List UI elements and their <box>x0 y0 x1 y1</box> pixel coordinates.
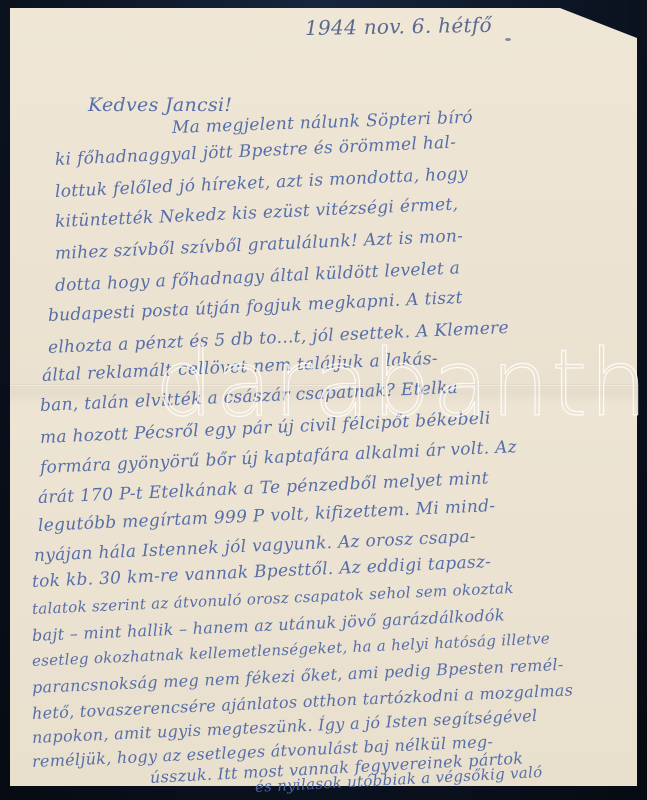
paper-stain <box>505 38 511 41</box>
letter-salutation: Kedves Jancsi! <box>88 94 232 116</box>
letter-date: 1944 nov. 6. hétfő <box>305 13 492 40</box>
